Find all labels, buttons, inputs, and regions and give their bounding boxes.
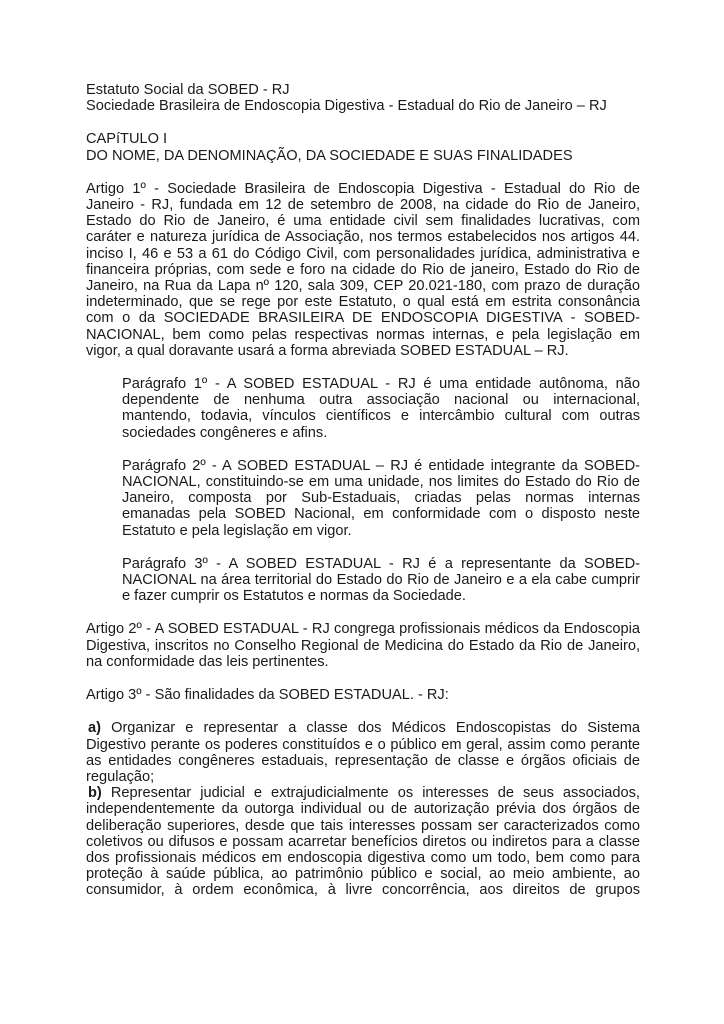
document-subtitle: Sociedade Brasileira de Endoscopia Diges… bbox=[86, 98, 640, 114]
item-label: a) bbox=[88, 720, 101, 736]
artigo-1-paragrafo-2: Parágrafo 2º - A SOBED ESTADUAL – RJ é e… bbox=[122, 458, 640, 539]
artigo-1-paragrafo-1: Parágrafo 1º - A SOBED ESTADUAL - RJ é u… bbox=[122, 376, 640, 441]
chapter-heading: DO NOME, DA DENOMINAÇÃO, DA SOCIEDADE E … bbox=[86, 148, 640, 164]
chapter-header: CAPíTULO I DO NOME, DA DENOMINAÇÃO, DA S… bbox=[86, 131, 640, 163]
item-text: Representar judicial e extrajudicialment… bbox=[86, 785, 640, 898]
item-text: Organizar e representar a classe dos Méd… bbox=[86, 720, 640, 785]
artigo-2: Artigo 2º - A SOBED ESTADUAL - RJ congre… bbox=[86, 621, 640, 670]
artigo-1-paragrafo-3: Parágrafo 3º - A SOBED ESTADUAL - RJ é a… bbox=[122, 556, 640, 605]
item-label: b) bbox=[88, 785, 102, 801]
artigo-3: Artigo 3º - São finalidades da SOBED EST… bbox=[86, 687, 640, 703]
document-title: Estatuto Social da SOBED - RJ bbox=[86, 82, 640, 98]
chapter-number: CAPíTULO I bbox=[86, 131, 640, 147]
artigo-1: Artigo 1º - Sociedade Brasileira de Endo… bbox=[86, 181, 640, 359]
artigo-3-item-b: b) Representar judicial e extrajudicialm… bbox=[86, 785, 640, 898]
document-page: Estatuto Social da SOBED - RJ Sociedade … bbox=[86, 82, 640, 899]
artigo-3-item-a: a) Organizar e representar a classe dos … bbox=[86, 720, 640, 785]
document-header: Estatuto Social da SOBED - RJ Sociedade … bbox=[86, 82, 640, 114]
